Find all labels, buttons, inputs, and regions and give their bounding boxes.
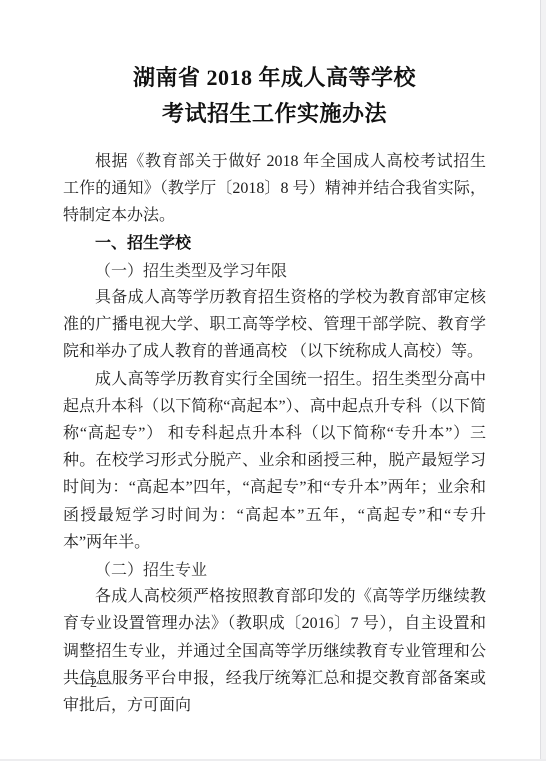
paragraph-majors: 各成人高校须严格按照教育部印发的《高等学历继续教育专业设置管理办法》（教职成〔2… xyxy=(63,583,486,719)
paragraph-enrollment-types: 成人高等学历教育实行全国统一招生。招生类型分高中起点升本科（以下简称“高起本”）… xyxy=(63,366,486,556)
section-heading-1: 一、招生学校 xyxy=(63,230,486,257)
subsection-heading-1-1: （一）招生类型及学习年限 xyxy=(63,257,486,284)
document-title: 湖南省 2018 年成人高等学校 考试招生工作实施办法 xyxy=(63,60,486,132)
document-content: 湖南省 2018 年成人高等学校 考试招生工作实施办法 根据《教育部关于做好 2… xyxy=(63,60,486,719)
scan-edge-right xyxy=(540,0,546,761)
document-body: 根据《教育部关于做好 2018 年全国成人高校考试招生工作的通知》（教学厅〔20… xyxy=(63,148,486,719)
paragraph-eligible-schools: 具备成人高等学历教育招生资格的学校为教育部审定核准的广播电视大学、职工高等学校、… xyxy=(63,284,486,366)
page-number: —2— xyxy=(75,675,113,693)
scanned-document-page: 湖南省 2018 年成人高等学校 考试招生工作实施办法 根据《教育部关于做好 2… xyxy=(0,0,546,761)
document-title-line2: 考试招生工作实施办法 xyxy=(63,96,486,132)
paragraph-intro: 根据《教育部关于做好 2018 年全国成人高校考试招生工作的通知》（教学厅〔20… xyxy=(63,148,486,230)
document-title-line1: 湖南省 2018 年成人高等学校 xyxy=(63,60,486,96)
subsection-heading-1-2: （二）招生专业 xyxy=(63,556,486,583)
